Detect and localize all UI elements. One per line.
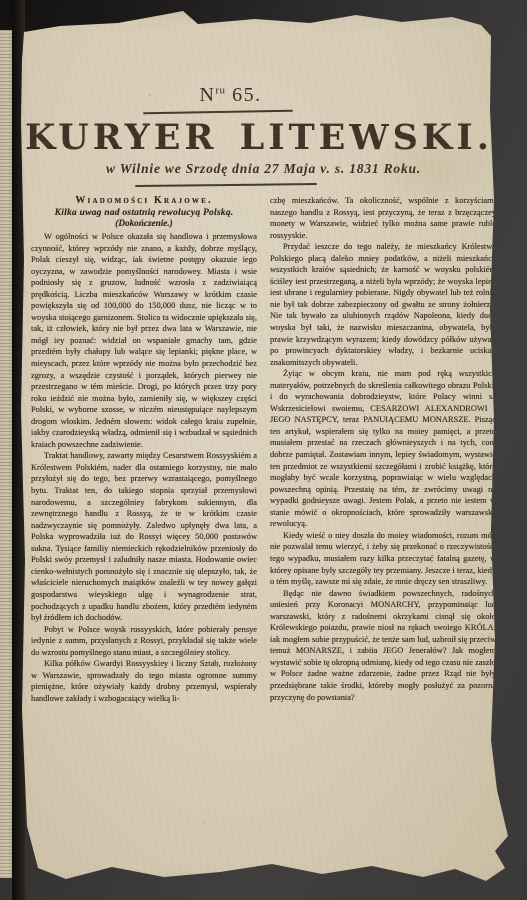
article-subtitle: (Dokończenie.) — [31, 218, 257, 228]
masthead-rule-top — [143, 110, 293, 115]
article-title: Kilka uwag nad ostatnią rewolucyą Polską… — [31, 207, 257, 218]
paragraph: Kiedy wieść o niey doszła do moiey wiado… — [270, 530, 496, 588]
paragraph: Żyiąc w obcym kraiu, nie mam pod ręką ws… — [270, 368, 496, 530]
left-column-text: W ogólności w Polsce okazała się handlow… — [31, 231, 257, 704]
paragraph: czbę mieszkańców. Ta okoliczność, wspóln… — [270, 195, 496, 241]
right-column-text: czbę mieszkańców. Ta okoliczność, wspóln… — [270, 195, 496, 703]
newspaper-title: KURYER LITEWSKI. — [25, 118, 490, 158]
masthead: Nru 65. KURYER LITEWSKI. w Wilnie we Srz… — [31, 0, 496, 186]
dateline: w Wilnie we Srzodę dnia 27 Maja v. s. 18… — [31, 161, 496, 177]
issue-number: 65. — [232, 84, 262, 106]
paragraph: Będąc nie dawno świadkiem powszechnych, … — [270, 588, 496, 703]
paragraph: Kilka półków Gwardyi Rossyyskiey i liczn… — [31, 658, 257, 704]
masthead-rule-bottom — [135, 183, 317, 187]
paragraph: Traktat handlowy, zawarty między Cesarst… — [31, 450, 257, 623]
page-content: Nru 65. KURYER LITEWSKI. w Wilnie we Srz… — [31, 0, 496, 704]
right-column: czbę mieszkańców. Ta okoliczność, wspóln… — [270, 195, 496, 704]
paragraph: W ogólności w Polsce okazała się handlow… — [31, 231, 257, 450]
article-columns: Wiadomości Krajowe. Kilka uwag nad ostat… — [31, 195, 496, 704]
newspaper-page: Nru 65. KURYER LITEWSKI. w Wilnie we Srz… — [0, 0, 527, 900]
paragraph: Przydać ieszcze do tego należy, że miesz… — [270, 241, 496, 368]
issue-prefix: N — [199, 84, 215, 106]
issue-number-line: Nru 65. — [0, 0, 463, 107]
issue-superscript: ru — [215, 84, 225, 96]
left-column: Wiadomości Krajowe. Kilka uwag nad ostat… — [31, 195, 257, 704]
paragraph: Pobyt w Polsce woysk rossyyskich, które … — [31, 624, 257, 659]
scanned-newspaper-photo: Nru 65. KURYER LITEWSKI. w Wilnie we Srz… — [0, 0, 527, 900]
section-heading: Wiadomości Krajowe. — [31, 195, 257, 207]
